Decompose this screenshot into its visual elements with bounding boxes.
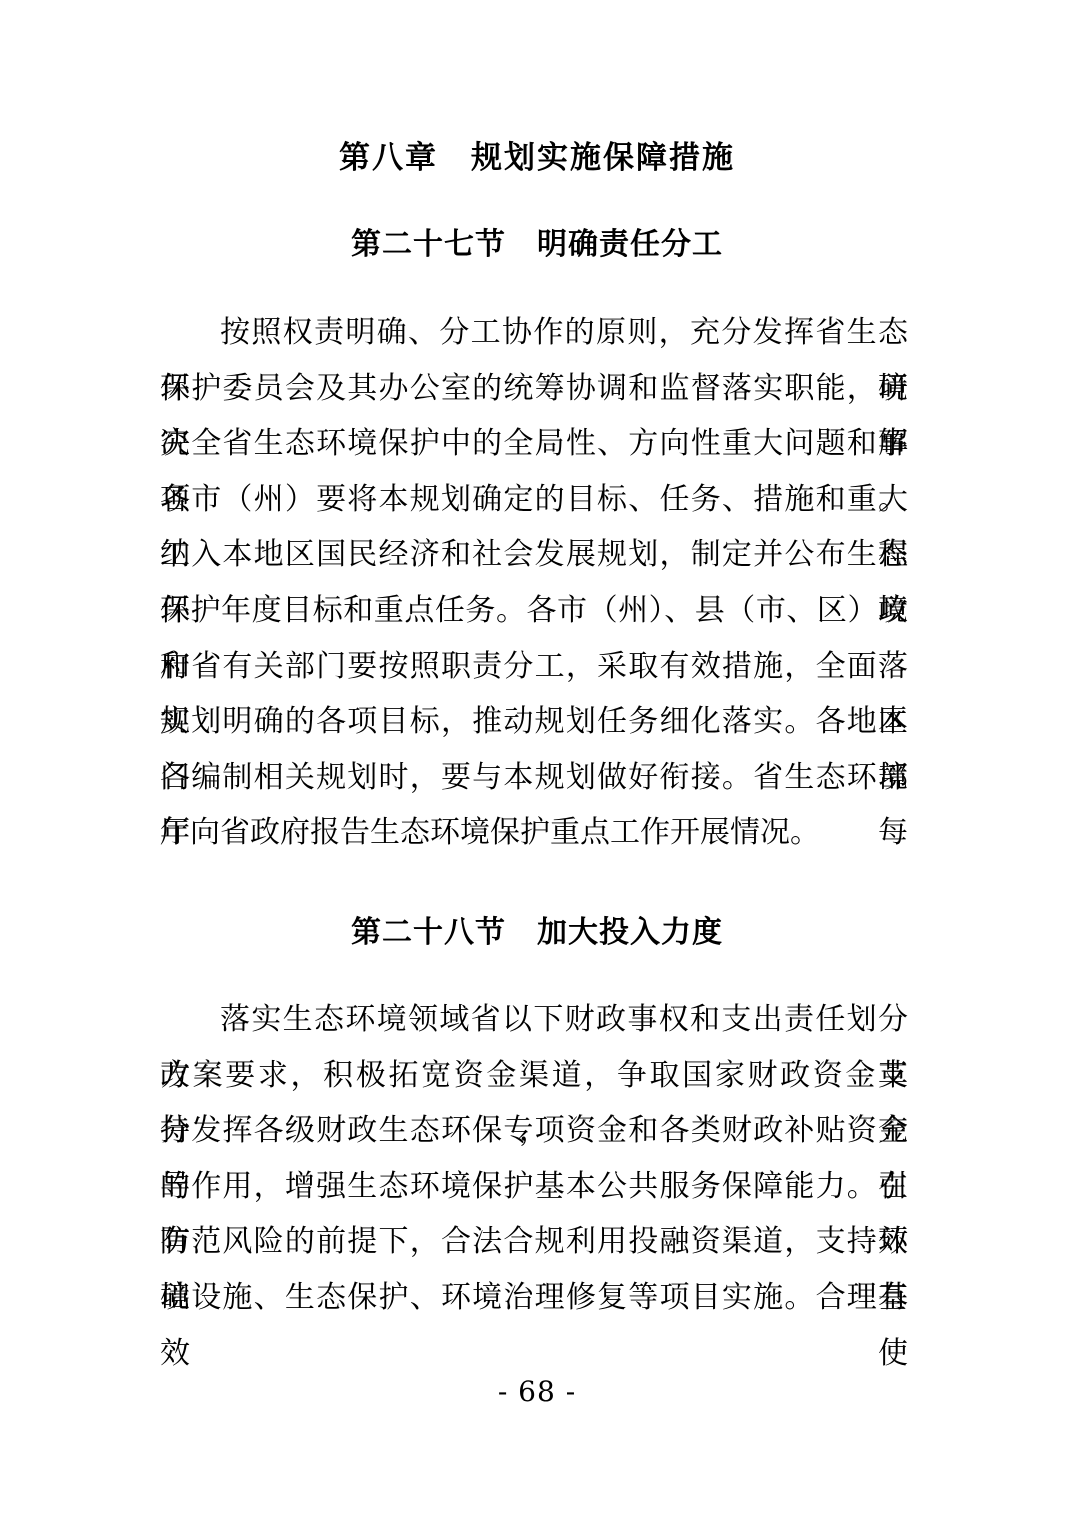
paragraph-line: 门编制相关规划时，要与本规划做好衔接。省生态环境厅每 [160,750,908,806]
paragraph-line: 纳入本地区国民经济和社会发展规划，制定并公布生态环境 [160,527,908,583]
document-page: 第八章 规划实施保障措施 第二十七节 明确责任分工 按照权责明确、分工协作的原则… [0,0,1074,1520]
section-28-paragraph: 落实生态环境领域省以下财政事权和支出责任划分改革 方案要求，积极拓宽资金渠道，争… [160,992,908,1326]
section-27-paragraph: 按照权责明确、分工协作的原则，充分发挥省生态环境 保护委员会及其办公室的统筹协调… [160,305,908,861]
paragraph-line: 按照权责明确、分工协作的原则，充分发挥省生态环境 [160,305,908,361]
paragraph-line: 方案要求，积极拓宽资金渠道，争取国家财政资金支持，充 [160,1048,908,1104]
section-title-28: 第二十八节 加大投入力度 [0,913,1074,953]
paragraph-line: 分发挥各级财政生态环保专项资金和各类财政补贴资金的引 [160,1103,908,1159]
chapter-title: 第八章 规划实施保障措施 [0,138,1074,178]
paragraph-line: 导作用，增强生态环境保护基本公共服务保障能力。在有效 [160,1159,908,1215]
paragraph-line: 防范风险的前提下，合法合规利用投融资渠道，支持环境基 [160,1214,908,1270]
paragraph-line: 年向省政府报告生态环境保护重点工作开展情况。 [160,805,908,861]
paragraph-line: 保护委员会及其办公室的统筹协调和监督落实职能，研究解 [160,361,908,417]
paragraph-line: 础设施、生态保护、环境治理修复等项目实施。合理有效使 [160,1270,908,1326]
section-title-27: 第二十七节 明确责任分工 [0,225,1074,265]
paragraph-line: 和省有关部门要按照职责分工，采取有效措施，全面落实本 [160,639,908,695]
paragraph-line: 各市（州）要将本规划确定的目标、任务、措施和重大工程 [160,472,908,528]
paragraph-line: 规划明确的各项目标，推动规划任务细化落实。各地区各部 [160,694,908,750]
paragraph-line: 保护年度目标和重点任务。各市（州）、县（市、区）政府 [160,583,908,639]
paragraph-line: 落实生态环境领域省以下财政事权和支出责任划分改革 [160,992,908,1048]
paragraph-line: 决全省生态环境保护中的全局性、方向性重大问题和事项。 [160,416,908,472]
